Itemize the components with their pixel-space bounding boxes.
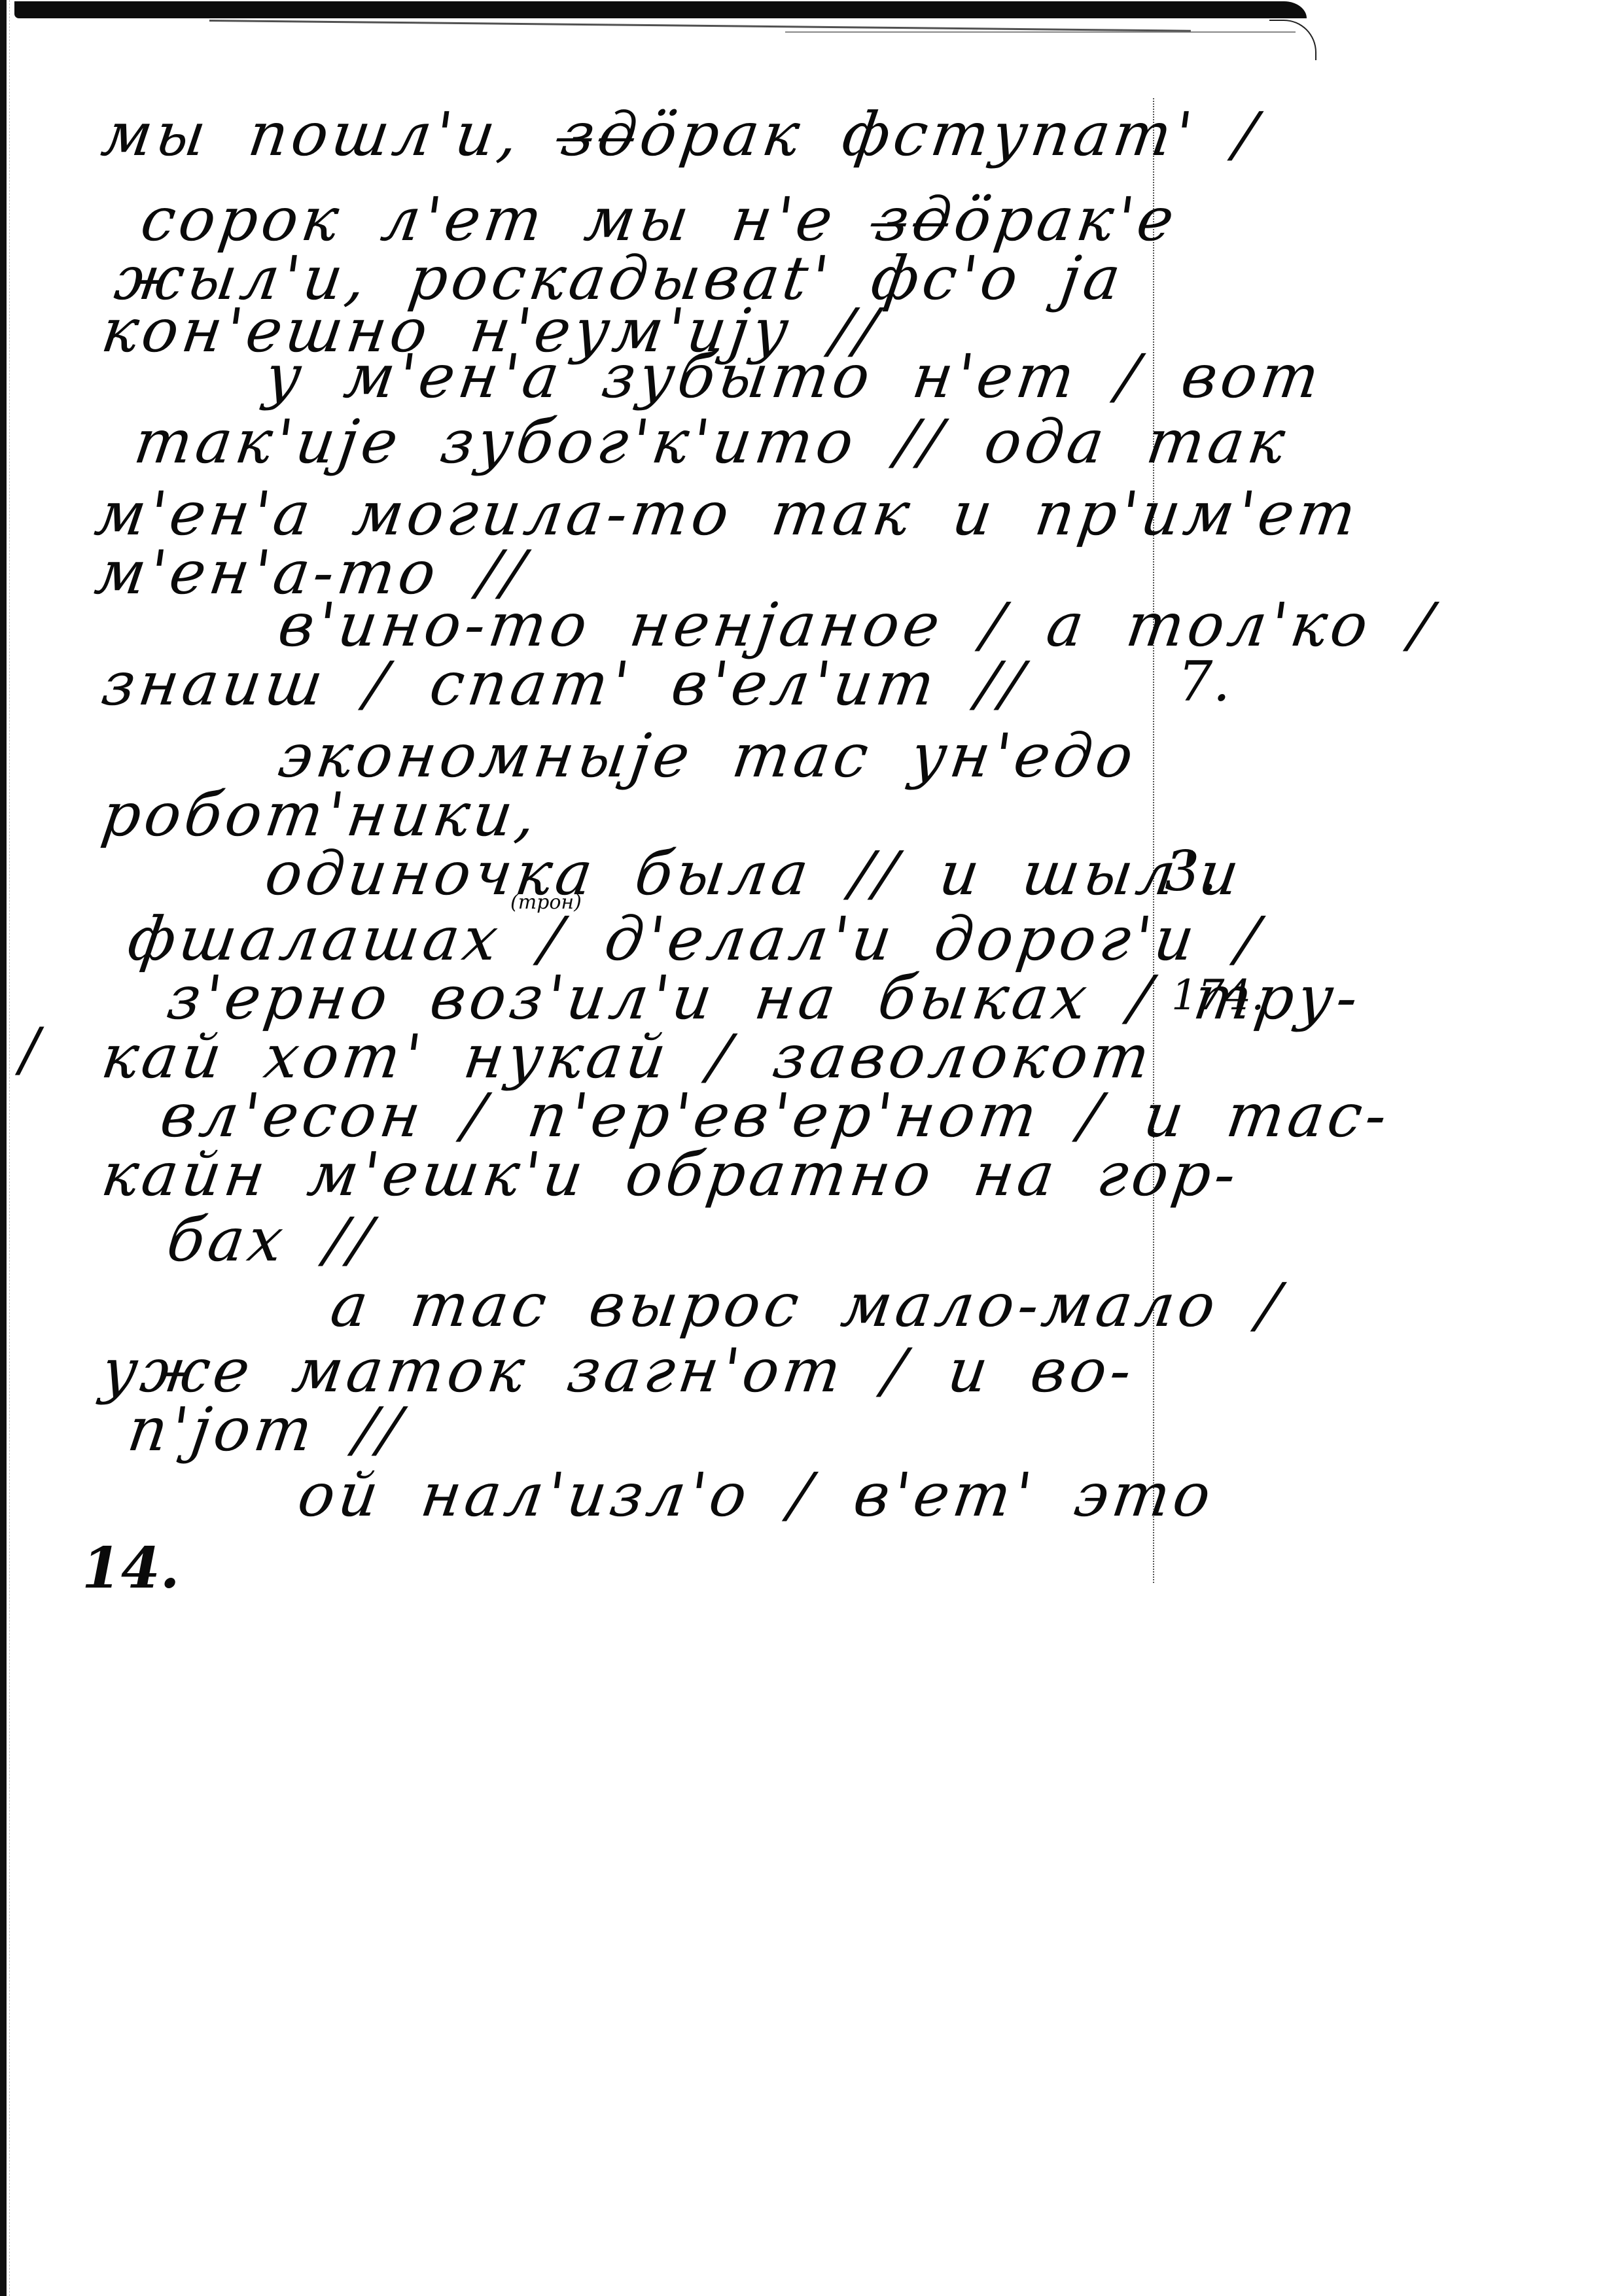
text-line: вл'есон / п'ер'ев'ер'нот / и тас- <box>157 1086 1394 1146</box>
text-line: п'јот // <box>124 1400 408 1460</box>
text-line: а тас вырос мало-мало / <box>327 1276 1287 1336</box>
scan-left-ticks <box>9 0 12 2296</box>
text-line: знаиш / спат' в'ел'ит // <box>98 654 1031 714</box>
scan-top-shadow <box>209 20 1191 32</box>
text-line: у м'ен'а зубыто н'ет / вот <box>262 347 1326 407</box>
text-line: кай хот' нукай / заволокот <box>98 1027 1157 1087</box>
text-line: сорок л'ет мы н'е з̶д̶ӧрак'е <box>137 190 1181 250</box>
scanned-page: мы пошл'и, з̶д̶ӧрак фступат' / сорок л'е… <box>0 0 1607 2296</box>
text-line: так'иjе зубог'к'ито // ода так <box>131 412 1292 472</box>
text-line: кайн м'ешк'и обратно на гор- <box>98 1145 1243 1205</box>
text-line: мы пошл'и, з̶д̶ӧрак фступат' / <box>98 105 1264 165</box>
text-line: м'ен'а могила-то так и пр'им'ет <box>92 484 1363 544</box>
margin-note: 3. <box>1165 844 1217 899</box>
text-line: ой нал'изл'о / в'ет' это <box>294 1465 1218 1525</box>
scan-left-edge <box>0 0 7 2296</box>
scan-top-bar <box>14 1 1307 18</box>
scan-page-corner <box>1269 20 1316 60</box>
text-line: в'ино-то ненјаное / а тол'ко / <box>275 595 1439 655</box>
text-line: экономныјe тас ун'едо <box>275 726 1140 786</box>
page-number: 14. <box>82 1540 180 1597</box>
left-margin-mark: / <box>20 1020 39 1079</box>
scan-top-shadow-secondary <box>785 31 1296 33</box>
text-line: фшалашах / д'елал'и дорог'и / <box>124 909 1266 969</box>
margin-note: 174. <box>1171 975 1265 1017</box>
text-line: уже маток загн'от / и во- <box>98 1341 1139 1401</box>
text-line: робот'ники, <box>98 785 544 845</box>
text-line: одиночка была // и шыл'и <box>262 844 1246 904</box>
margin-note: 7. <box>1178 654 1230 709</box>
text-line: бах // <box>164 1210 379 1270</box>
